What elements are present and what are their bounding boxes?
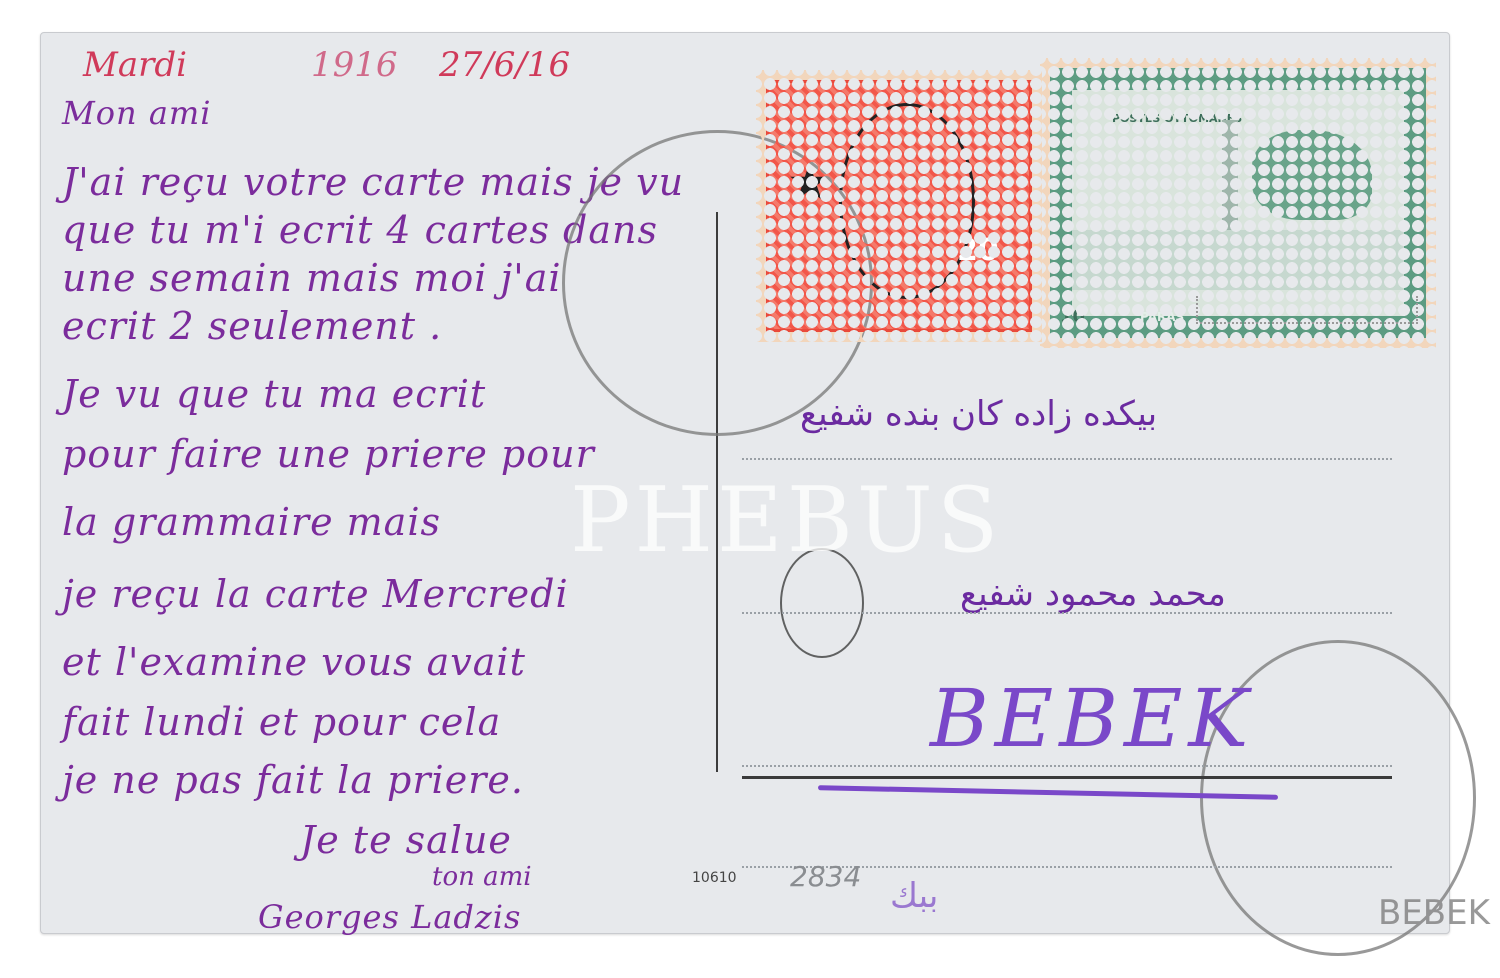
address-line-1 xyxy=(742,458,1392,460)
handwritten-day: Mardi xyxy=(83,45,187,85)
watermark: PHEBUS xyxy=(570,468,1002,573)
star-icon: ★ xyxy=(787,153,832,211)
trees-illustration xyxy=(1252,130,1372,220)
printer-number: 10610 xyxy=(692,870,737,886)
address-arabic-line-2: محمد محمود شفیع xyxy=(960,574,1226,614)
message-line: Mon ami xyxy=(62,94,211,132)
stamp-red-20-para: ★ 20 xyxy=(756,70,1042,342)
message-line: je ne pas fait la priere. xyxy=(62,758,524,802)
address-city: BEBEK xyxy=(930,672,1254,765)
message-line: et l'examine vous avait xyxy=(62,640,526,684)
address-line-2 xyxy=(742,612,1392,614)
message-line: fait lundi et pour cela xyxy=(62,700,501,744)
closing-line: Je te salue xyxy=(300,818,512,862)
message-line: je reçu la carte Mercredi xyxy=(62,572,569,616)
handwritten-year: 1916 xyxy=(311,45,398,85)
crescent-overprint xyxy=(839,103,975,299)
message-line: la grammaire mais xyxy=(62,500,441,544)
message-line: Je vu que tu ma ecrit xyxy=(62,372,486,416)
signature: Georges Ladzis xyxy=(258,898,521,936)
message-line: pour faire une priere pour xyxy=(62,432,595,476)
stamp-currency: PARAS xyxy=(1140,310,1184,324)
address-line-3 xyxy=(742,765,1392,767)
stamp-denomination: 20 xyxy=(957,233,999,268)
stamp-placement-box xyxy=(1196,296,1418,324)
message-line: ecrit 2 seulement . xyxy=(62,304,442,348)
address-arabic-line-1: بیکده زاده کان بنده شفیع xyxy=(800,394,1157,434)
message-line: une semain mais moi j'ai xyxy=(62,256,562,300)
lighthouse-icon xyxy=(1222,120,1238,240)
sea-illustration xyxy=(1072,230,1404,290)
stamp-denomination: 10 xyxy=(1060,306,1085,327)
address-arabic-city: ببك xyxy=(890,876,938,916)
pencil-note: 2834 xyxy=(790,860,861,893)
closing-ton-ami: ton ami xyxy=(432,862,532,892)
address-solid-rule xyxy=(742,776,1392,779)
handwritten-date: 27/6/16 xyxy=(439,45,570,85)
postmark-text: BEBEK xyxy=(1378,893,1490,933)
